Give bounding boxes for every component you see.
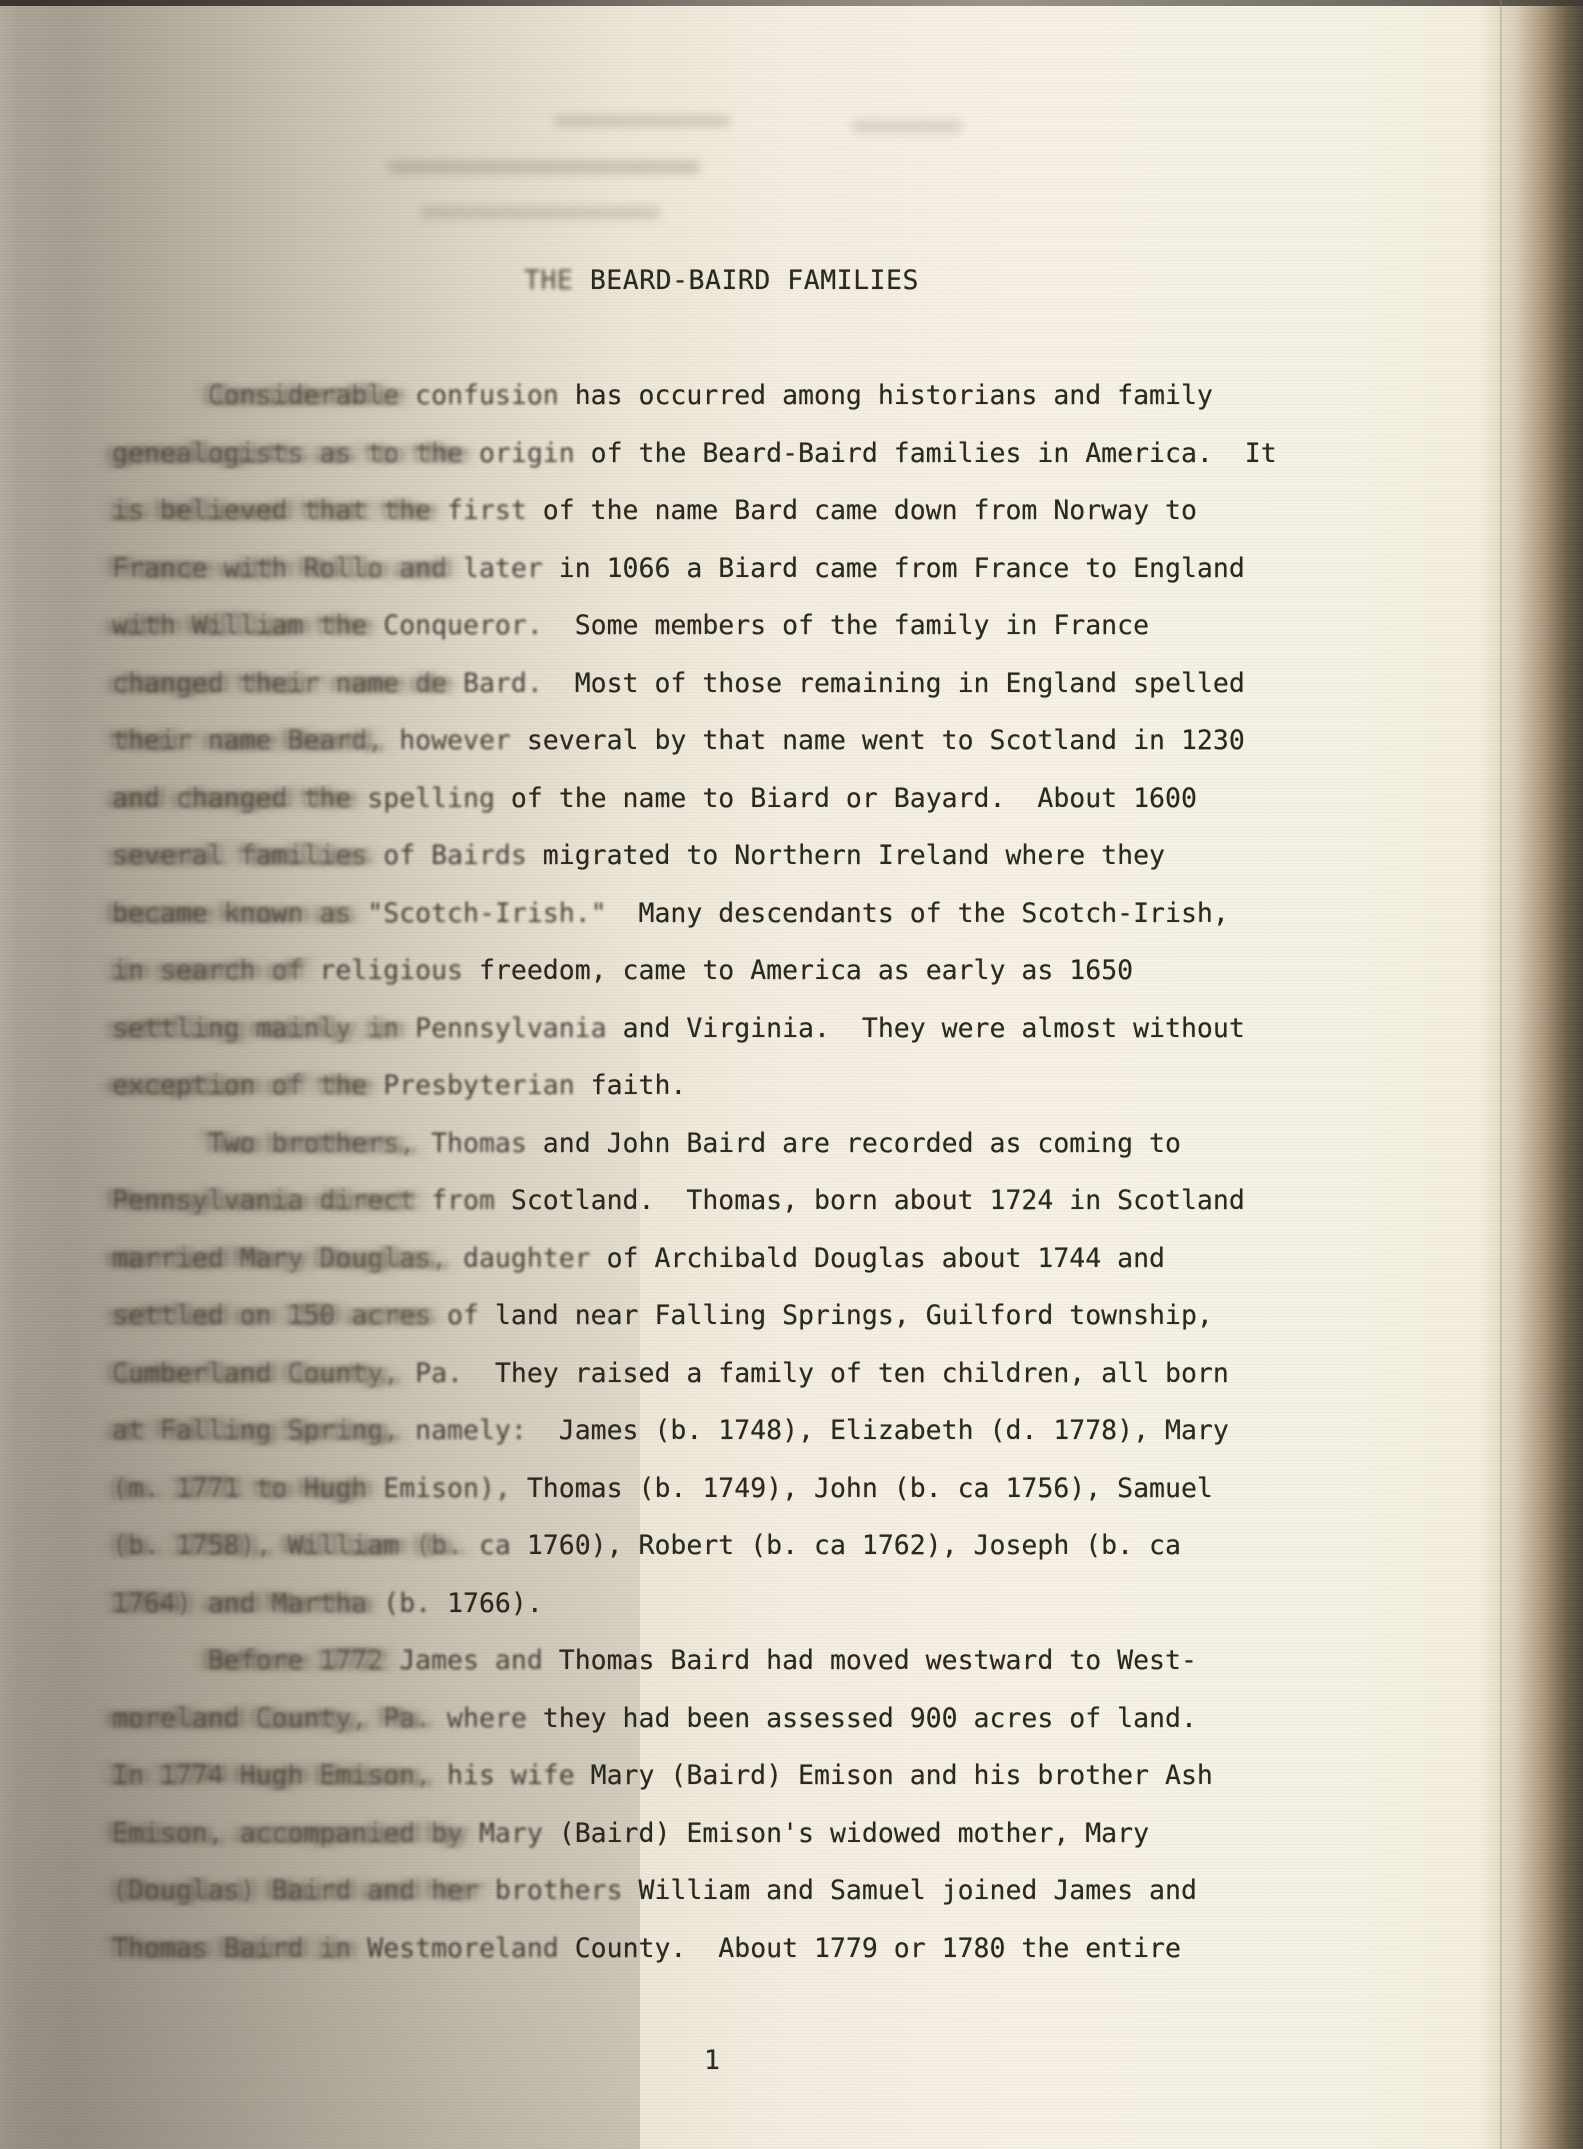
text-line: is believed that the first of the name B… (112, 482, 1392, 540)
scanned-page: THE BEARD-BAIRD FAMILIES Considerable co… (0, 0, 1583, 2149)
line-segment-clear: 1766). (447, 1575, 543, 1633)
line-segment-semiblurred: (b. (383, 1575, 447, 1633)
text-line: Before 1772 James and Thomas Baird had m… (112, 1632, 1392, 1690)
line-segment-blurred: (m. 1771 to Hugh (112, 1460, 383, 1518)
line-segment-clear: 1760), Robert (b. ca 1762), Joseph (b. c… (527, 1517, 1181, 1575)
text-line: settling mainly in Pennsylvania and Virg… (112, 1000, 1392, 1058)
line-segment-semiblurred: Pennsylvania (415, 1000, 622, 1058)
line-segment-semiblurred: Thomas (431, 1115, 543, 1173)
line-segment-clear: of the name to Biard or Bayard. About 16… (511, 770, 1197, 828)
line-segment-semiblurred: religious (319, 942, 479, 1000)
line-segment-clear: several by that name went to Scotland in… (527, 712, 1245, 770)
line-segment-clear: Thomas (b. 1749), John (b. ca 1756), Sam… (527, 1460, 1213, 1518)
text-line: In 1774 Hugh Emison, his wife Mary (Bair… (112, 1747, 1392, 1805)
text-line: moreland County, Pa. where they had been… (112, 1690, 1392, 1748)
line-segment-semiblurred: from (431, 1172, 511, 1230)
line-segment-blurred: with William the (112, 597, 383, 655)
line-segment-semiblurred: first (447, 482, 543, 540)
line-segment-clear: in 1066 a Biard came from France to Engl… (559, 540, 1245, 598)
line-segment-semiblurred: James and (399, 1632, 559, 1690)
line-segment-blurred: and changed the (112, 770, 367, 828)
line-segment-blurred: settled on 150 acres (112, 1287, 447, 1345)
line-segment-semiblurred: Pa. (415, 1345, 495, 1403)
line-segment-semiblurred: brothers (495, 1862, 639, 1920)
line-segment-blurred: Two brothers, (112, 1115, 431, 1173)
line-segment-clear: They raised a family of ten children, al… (495, 1345, 1229, 1403)
line-segment-semiblurred: Bard. (463, 655, 575, 713)
line-segment-semiblurred: Westmoreland (367, 1920, 574, 1978)
line-segment-clear: Mary (Baird) Emison and his brother Ash (591, 1747, 1213, 1805)
line-segment-clear: faith. (591, 1057, 687, 1115)
text-line: with William the Conqueror. Some members… (112, 597, 1392, 655)
line-segment-clear: Some members of the family in France (575, 597, 1149, 655)
line-segment-clear: Scotland. Thomas, born about 1724 in Sco… (511, 1172, 1245, 1230)
text-line: (Douglas) Baird and her brothers William… (112, 1862, 1392, 1920)
page-edge-line (1500, 0, 1502, 2149)
line-segment-clear: and John Baird are recorded as coming to (543, 1115, 1181, 1173)
line-segment-clear: they had been assessed 900 acres of land… (543, 1690, 1197, 1748)
line-segment-blurred: their name Beard, (112, 712, 399, 770)
line-segment-clear: and Virginia. They were almost without (623, 1000, 1245, 1058)
line-segment-clear: County. About 1779 or 1780 the entire (575, 1920, 1181, 1978)
text-line: 1764) and Martha (b. 1766). (112, 1575, 1392, 1633)
line-segment-clear: Many descendants of the Scotch-Irish, (639, 885, 1229, 943)
line-segment-blurred: exception of the (112, 1057, 383, 1115)
line-segment-semiblurred: later (463, 540, 559, 598)
bleedthrough-mark (420, 207, 660, 218)
text-line: became known as "Scotch-Irish." Many des… (112, 885, 1392, 943)
line-segment-blurred: Thomas Baird in (112, 1920, 367, 1978)
line-segment-clear: freedom, came to America as early as 165… (479, 942, 1133, 1000)
line-segment-blurred: changed their name de (112, 655, 463, 713)
line-segment-clear: of the Beard-Baird families in America. … (591, 425, 1277, 483)
bleedthrough-mark (555, 116, 730, 126)
text-line: Considerable confusion has occurred amon… (112, 367, 1392, 425)
line-segment-semiblurred: Presbyterian (383, 1057, 590, 1115)
line-segment-semiblurred: namely: (415, 1402, 559, 1460)
line-segment-blurred: (Douglas) Baird and her (112, 1862, 495, 1920)
text-line: Cumberland County, Pa. They raised a fam… (112, 1345, 1392, 1403)
text-line: Pennsylvania direct from Scotland. Thoma… (112, 1172, 1392, 1230)
line-segment-blurred: (b. 1758), William (b. (112, 1517, 479, 1575)
line-segment-clear: Thomas Baird had moved westward to West- (559, 1632, 1197, 1690)
line-segment-clear: James (b. 1748), Elizabeth (d. 1778), Ma… (559, 1402, 1229, 1460)
text-line: at Falling Spring, namely: James (b. 174… (112, 1402, 1392, 1460)
text-line: and changed the spelling of the name to … (112, 770, 1392, 828)
line-segment-semiblurred: of Bairds (383, 827, 543, 885)
line-segment-blurred: at Falling Spring, (112, 1402, 415, 1460)
text-line: Two brothers, Thomas and John Baird are … (112, 1115, 1392, 1173)
text-line: Emison, accompanied by Mary (Baird) Emis… (112, 1805, 1392, 1863)
page-number: 1 (704, 2032, 720, 2090)
text-line: several families of Bairds migrated to N… (112, 827, 1392, 885)
text-line: genealogists as to the origin of the Bea… (112, 425, 1392, 483)
line-segment-clear: of Archibald Douglas about 1744 and (607, 1230, 1165, 1288)
line-segment-clear: of the name Bard came down from Norway t… (543, 482, 1197, 540)
line-segment-semiblurred: "Scotch-Irish." (367, 885, 638, 943)
line-segment-blurred: genealogists as to the (112, 425, 479, 483)
line-segment-blurred: Pennsylvania direct (112, 1172, 431, 1230)
line-segment-clear: land near Falling Springs, Guilford town… (495, 1287, 1213, 1345)
line-segment-semiblurred: of (447, 1287, 495, 1345)
line-segment-blurred: 1764) and Martha (112, 1575, 383, 1633)
line-segment-blurred: several families (112, 827, 383, 885)
line-segment-blurred: moreland County, Pa. (112, 1690, 447, 1748)
line-segment-semiblurred: spelling (367, 770, 511, 828)
line-segment-blurred: Considerable (112, 367, 415, 425)
line-segment-semiblurred: Conqueror. (383, 597, 574, 655)
line-segment-blurred: in search of (112, 942, 319, 1000)
text-line: (m. 1771 to Hugh Emison), Thomas (b. 174… (112, 1460, 1392, 1518)
line-segment-blurred: Emison, accompanied by (112, 1805, 479, 1863)
line-segment-blurred: Before 1772 (112, 1632, 399, 1690)
line-segment-blurred: became known as (112, 885, 367, 943)
text-line: France with Rollo and later in 1066 a Bi… (112, 540, 1392, 598)
document-body: Considerable confusion has occurred amon… (112, 367, 1392, 1977)
line-segment-semiblurred: confusion (415, 367, 575, 425)
line-segment-blurred: married Mary Douglas, (112, 1230, 463, 1288)
line-segment-semiblurred: however (399, 712, 527, 770)
line-segment-semiblurred: where (447, 1690, 543, 1748)
text-line: (b. 1758), William (b. ca 1760), Robert … (112, 1517, 1392, 1575)
line-segment-semiblurred: his wife (447, 1747, 591, 1805)
line-segment-blurred: is believed that the (112, 482, 447, 540)
line-segment-clear: William and Samuel joined James and (639, 1862, 1197, 1920)
bleedthrough-mark (388, 161, 700, 173)
text-line: exception of the Presbyterian faith. (112, 1057, 1392, 1115)
line-segment-semiblurred: daughter (463, 1230, 607, 1288)
bleedthrough-mark (852, 120, 962, 133)
line-segment-blurred: settling mainly in (112, 1000, 415, 1058)
text-line: their name Beard, however several by tha… (112, 712, 1392, 770)
text-line: Thomas Baird in Westmoreland County. Abo… (112, 1920, 1392, 1978)
line-segment-clear: Most of those remaining in England spell… (575, 655, 1245, 713)
page-title-clear-part: BEARD-BAIRD FAMILIES (590, 266, 919, 296)
line-segment-clear: (Baird) Emison's widowed mother, Mary (559, 1805, 1149, 1863)
text-line: settled on 150 acres of land near Fallin… (112, 1287, 1392, 1345)
line-segment-semiblurred: Emison), (383, 1460, 527, 1518)
line-segment-semiblurred: origin (479, 425, 591, 483)
line-segment-blurred: France with Rollo and (112, 540, 463, 598)
scan-top-edge (0, 0, 1583, 6)
text-line: changed their name de Bard. Most of thos… (112, 655, 1392, 713)
line-segment-clear: has occurred among historians and family (575, 367, 1213, 425)
line-segment-blurred: In 1774 Hugh Emison, (112, 1747, 447, 1805)
text-line: in search of religious freedom, came to … (112, 942, 1392, 1000)
line-segment-clear: migrated to Northern Ireland where they (543, 827, 1165, 885)
page-title: THE BEARD-BAIRD FAMILIES (524, 266, 919, 296)
line-segment-semiblurred: ca (479, 1517, 527, 1575)
text-line: married Mary Douglas, daughter of Archib… (112, 1230, 1392, 1288)
page-title-blurred-part: THE (524, 266, 590, 296)
line-segment-semiblurred: Mary (479, 1805, 559, 1863)
line-segment-blurred: Cumberland County, (112, 1345, 415, 1403)
